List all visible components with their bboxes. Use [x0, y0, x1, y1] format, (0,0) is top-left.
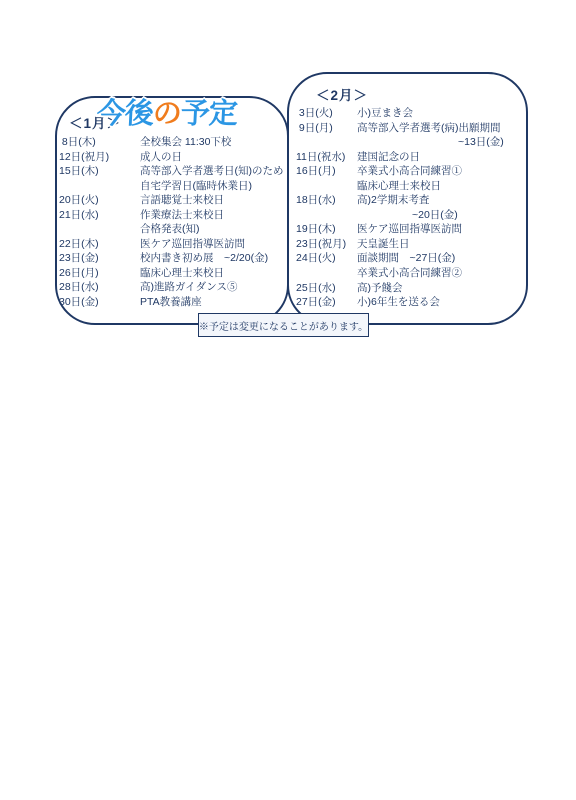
event-label: 卒業式小高合同練習①: [357, 164, 524, 179]
title-segment-blue-1: 今後: [96, 98, 154, 130]
title-segment-orange: の: [152, 98, 182, 130]
schedule-row: ~13日(金): [296, 135, 524, 150]
schedule-row: 20日(火)言語聴覚士来校日: [59, 193, 287, 208]
schedule-row: 25日(水)高)予餞会: [296, 281, 524, 296]
date-label: 25日(水): [296, 281, 357, 296]
schedule-row: 19日(木)医ケア巡回指導医訪問: [296, 222, 524, 237]
event-label: 小)豆まき会: [357, 106, 524, 121]
schedule-row: 卒業式小高合同練習②: [296, 266, 524, 281]
schedule-row: 23日(祝月)天皇誕生日: [296, 237, 524, 252]
date-label: 8日(木): [59, 135, 140, 150]
event-label: 成人の日: [140, 150, 287, 165]
event-label: PTA教養講座: [140, 295, 287, 310]
schedule-row: 26日(月)臨床心理士来校日: [59, 266, 287, 281]
date-label: 23日(祝月): [296, 237, 357, 252]
date-label: 12日(祝月): [59, 150, 140, 165]
schedule-row: 24日(火)面談期間 ~27日(金): [296, 251, 524, 266]
event-label: 医ケア巡回指導医訪問: [357, 222, 524, 237]
date-label: 28日(水): [59, 280, 140, 295]
january-schedule-rows: 8日(木)全校集会 11:30下校12日(祝月)成人の日15日(木)高等部入学者…: [59, 135, 287, 310]
month-header-february: ＜2月＞: [316, 84, 368, 104]
note-text: ※予定は変更になることがあります。: [199, 318, 368, 333]
date-label: 11日(祝水): [296, 150, 357, 165]
schedule-row: 23日(金)校内書き初め展 ~2/20(金): [59, 251, 287, 266]
schedule-row: 9日(月)高等部入学者選考(病)出願期間: [296, 121, 524, 136]
event-label: 高)予餞会: [357, 281, 524, 296]
date-label: 18日(水): [296, 193, 357, 208]
event-label: 臨床心理士来校日: [357, 179, 524, 194]
event-label: 合格発表(知): [140, 222, 287, 237]
february-schedule-rows: 3日(火)小)豆まき会 9日(月)高等部入学者選考(病)出願期間~13日(金)1…: [296, 106, 524, 310]
event-label: 高)進路ガイダンス⑤: [140, 280, 287, 295]
schedule-row: 28日(水)高)進路ガイダンス⑤: [59, 280, 287, 295]
schedule-row: 16日(月)卒業式小高合同練習①: [296, 164, 524, 179]
note-box: ※予定は変更になることがあります。: [198, 313, 369, 337]
schedule-row: 3日(火)小)豆まき会: [296, 106, 524, 121]
event-label: 高等部入学者選考日(知)のため: [140, 164, 287, 179]
schedule-row: 12日(祝月)成人の日: [59, 150, 287, 165]
schedule-row: 8日(木)全校集会 11:30下校: [59, 135, 287, 150]
title-segment-blue-2: 予定: [180, 98, 238, 130]
event-label: 言語聴覚士来校日: [140, 193, 287, 208]
event-label: 自宅学習日(臨時休業日): [140, 179, 287, 194]
date-label: 22日(木): [59, 237, 140, 252]
schedule-row: 21日(水)作業療法士来校日: [59, 208, 287, 223]
schedule-row: 合格発表(知): [59, 222, 287, 237]
event-label: 高等部入学者選考(病)出願期間: [357, 121, 524, 136]
event-label: 高)2学期末考査: [357, 193, 524, 208]
schedule-row: 自宅学習日(臨時休業日): [59, 179, 287, 194]
event-label: 臨床心理士来校日: [140, 266, 287, 281]
date-label: 21日(水): [59, 208, 140, 223]
date-label: 30日(金): [59, 295, 140, 310]
date-label: 3日(火): [296, 106, 357, 121]
date-label: 16日(月): [296, 164, 357, 179]
schedule-row: 27日(金)小)6年生を送る会: [296, 295, 524, 310]
event-label: 面談期間 ~27日(金): [357, 251, 524, 266]
event-label: 建国記念の日: [357, 150, 524, 165]
date-label: 19日(木): [296, 222, 357, 237]
date-label: 20日(火): [59, 193, 140, 208]
event-label: 作業療法士来校日: [140, 208, 287, 223]
schedule-row: ~20日(金): [296, 208, 524, 223]
event-label: 小)6年生を送る会: [357, 295, 524, 310]
event-label: 全校集会 11:30下校: [140, 135, 287, 150]
date-label: 26日(月): [59, 266, 140, 281]
schedule-row: 30日(金)PTA教養講座: [59, 295, 287, 310]
date-label: 24日(火): [296, 251, 357, 266]
schedule-row: 11日(祝水)建国記念の日: [296, 150, 524, 165]
date-label: 9日(月): [296, 121, 357, 136]
event-label: 卒業式小高合同練習②: [357, 266, 524, 281]
event-label: 天皇誕生日: [357, 237, 524, 252]
schedule-row: 18日(水)高)2学期末考査: [296, 193, 524, 208]
date-label: 15日(木): [59, 164, 140, 179]
schedule-page: 今後の予定 ＜1月＞ ＜2月＞ 8日(木)全校集会 11:30下校12日(祝月)…: [0, 0, 576, 800]
event-label: 医ケア巡回指導医訪問: [140, 237, 287, 252]
schedule-row: 15日(木)高等部入学者選考日(知)のため: [59, 164, 287, 179]
event-label: ~13日(金): [357, 135, 524, 150]
event-label: ~20日(金): [357, 208, 524, 223]
event-label: 校内書き初め展 ~2/20(金): [140, 251, 287, 266]
date-label: 27日(金): [296, 295, 357, 310]
schedule-row: 22日(木)医ケア巡回指導医訪問: [59, 237, 287, 252]
date-label: 23日(金): [59, 251, 140, 266]
page-title: 今後の予定: [96, 91, 238, 132]
schedule-row: 臨床心理士来校日: [296, 179, 524, 194]
